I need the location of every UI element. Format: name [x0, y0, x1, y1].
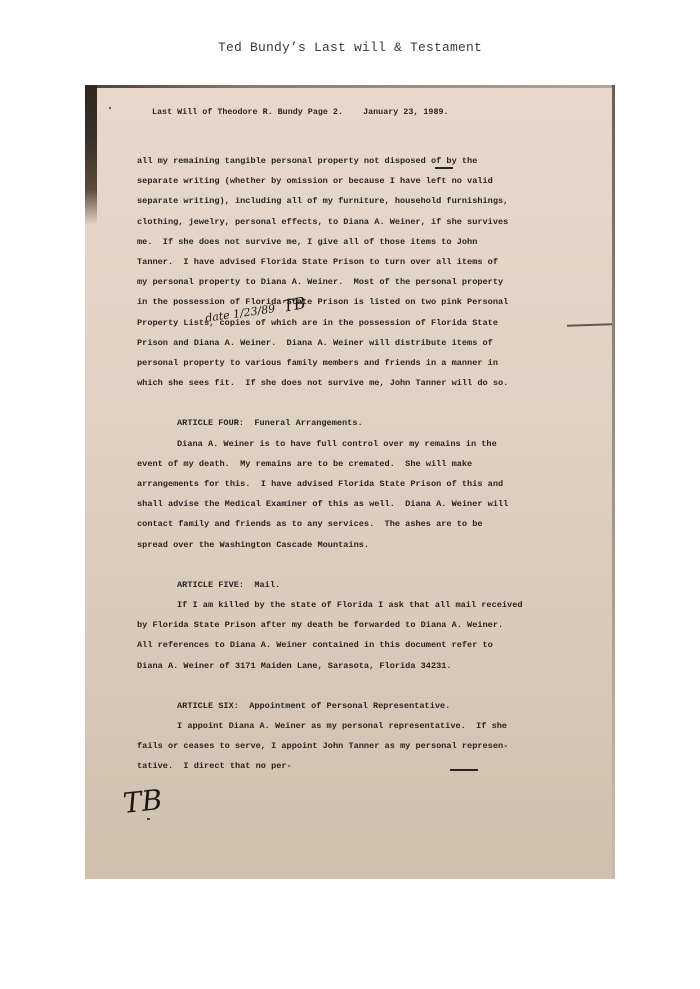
- text-line: which she sees fit. If she does not surv…: [137, 373, 577, 393]
- document-body: all my remaining tangible personal prope…: [137, 151, 577, 777]
- handwritten-initials-bottom: TB: [121, 783, 163, 820]
- text-line: All references to Diana A. Weiner contai…: [137, 635, 577, 655]
- text-line: personal property to various family memb…: [137, 353, 577, 373]
- text-line: spread over the Washington Cascade Mount…: [137, 535, 577, 555]
- speck: [147, 818, 150, 820]
- text-line: Diana A. Weiner is to have full control …: [137, 434, 577, 454]
- photo-edge-top: [85, 85, 615, 88]
- text-line: separate writing (whether by omission or…: [137, 171, 577, 191]
- article-five: ARTICLE FIVE: Mail. If I am killed by th…: [137, 575, 577, 676]
- text-line: Prison and Diana A. Weiner. Diana A. Wei…: [137, 333, 577, 353]
- text-line: arrangements for this. I have advised Fl…: [137, 474, 577, 494]
- text-line: separate writing), including all of my f…: [137, 191, 577, 211]
- article-heading: ARTICLE FOUR: Funeral Arrangements.: [137, 413, 577, 433]
- text-line: If I am killed by the state of Florida I…: [137, 595, 577, 615]
- text-line: all my remaining tangible personal prope…: [137, 151, 577, 171]
- text-line: Diana A. Weiner of 3171 Maiden Lane, Sar…: [137, 656, 577, 676]
- text-line: me. If she does not survive me, I give a…: [137, 232, 577, 252]
- page-title: Ted Bundy’s Last will & Testament: [0, 40, 700, 55]
- text-line: contact family and friends as to any ser…: [137, 514, 577, 534]
- text-line: my personal property to Diana A. Weiner.…: [137, 272, 577, 292]
- continuation-paragraph: all my remaining tangible personal prope…: [137, 151, 577, 393]
- photo-edge-right: [612, 85, 615, 879]
- text-line: Property Lists, copies of which are in t…: [137, 313, 577, 333]
- text-line: I appoint Diana A. Weiner as my personal…: [137, 716, 577, 736]
- article-six: ARTICLE SIX: Appointment of Personal Rep…: [137, 696, 577, 777]
- photo-edge-left: [85, 85, 97, 225]
- text-line: in the possession of Florida State Priso…: [137, 292, 577, 312]
- speck: [109, 107, 111, 109]
- document-photo: Last Will of Theodore R. Bundy Page 2. J…: [85, 85, 615, 879]
- pen-mark: [567, 323, 612, 326]
- document-header: Last Will of Theodore R. Bundy Page 2. J…: [152, 107, 449, 117]
- article-heading: ARTICLE FIVE: Mail.: [137, 575, 577, 595]
- text-line: event of my death. My remains are to be …: [137, 454, 577, 474]
- text-line: tative. I direct that no per-: [137, 756, 577, 776]
- article-heading: ARTICLE SIX: Appointment of Personal Rep…: [137, 696, 577, 716]
- text-line: shall advise the Medical Examiner of thi…: [137, 494, 577, 514]
- handwritten-initials: TB: [282, 293, 307, 316]
- text-line: fails or ceases to serve, I appoint John…: [137, 736, 577, 756]
- pen-mark: [450, 769, 478, 771]
- text-line: clothing, jewelry, personal effects, to …: [137, 212, 577, 232]
- text-line: by Florida State Prison after my death b…: [137, 615, 577, 635]
- text-line: Tanner. I have advised Florida State Pri…: [137, 252, 577, 272]
- pen-mark: [435, 167, 453, 169]
- article-four: ARTICLE FOUR: Funeral Arrangements. Dian…: [137, 413, 577, 554]
